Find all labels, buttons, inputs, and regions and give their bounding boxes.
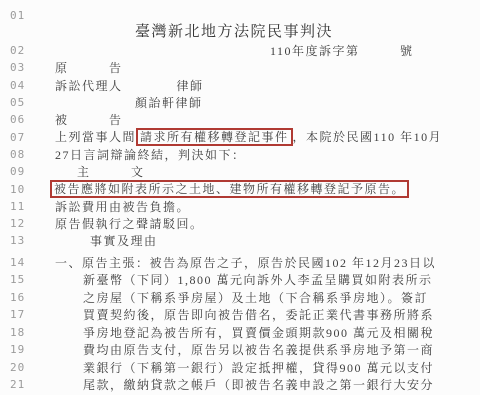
line-text: 被告應將如附表所示之土地、建物所有權移轉登記予原告。 (55, 180, 409, 198)
document-line: 16 之房屋（下稱系爭房屋）及土地（下合稱系爭房地）。簽訂 (0, 289, 480, 307)
case-type-highlight-box: 請求所有權移轉登記事件 (136, 128, 293, 146)
line-number: 08 (10, 148, 40, 161)
document-line: 10 被告應將如附表所示之土地、建物所有權移轉登記予原告。 (0, 180, 480, 197)
line-text: 27日言詞辯論終結，判決如下： (55, 146, 246, 163)
document-line: 05 顏詒軒律師 (0, 94, 480, 111)
line-text: 一、原告主張：被告為原告之子，原告於民國102 年12月23日以 (55, 254, 436, 271)
line-number: 02 (10, 44, 40, 57)
line-number: 18 (10, 326, 40, 339)
line-text: 訴訟費用由被告負擔。 (55, 198, 190, 215)
line-number: 17 (10, 308, 40, 321)
line-number: 13 (10, 234, 40, 247)
page-title: 臺灣新北地方法院民事判決 (55, 20, 333, 42)
line-number: 11 (10, 200, 40, 213)
lawyer-name: 顏詒軒律師 (55, 94, 203, 111)
line-number: 10 (10, 183, 40, 196)
line-text: 費均由原告支付，原告另以被告名義提供系爭房地予第一商 (55, 341, 434, 358)
document-line: 18 爭房地登記為被告所有，買賣價金頭期款900 萬元及相關稅 (0, 324, 480, 342)
line-number: 01 (10, 6, 40, 22)
line-number: 09 (10, 165, 40, 178)
document-line: 02 110年度訴字第 號 (0, 42, 480, 59)
document-line: 13 事實及理由 (0, 232, 480, 249)
document-line: 15 新臺幣（下同）1,800 萬元向訴外人李孟呈購買如附表所示 (0, 271, 480, 289)
line-text: 尾款，繳納貸款之帳戶（即被告名義申設之第一銀行大安分 (55, 376, 434, 393)
line-number: 07 (10, 131, 40, 144)
document-line: 19 費均由原告支付，原告另以被告名義提供系爭房地予第一商 (0, 341, 480, 359)
line-text: 買賣契約後，原告即向被告借名，委託正業代書事務所將系 (55, 306, 434, 323)
document-line: 01 臺灣新北地方法院民事判決 (0, 6, 480, 42)
plaintiff-label: 原 告 (55, 59, 123, 76)
line-number: 16 (10, 291, 40, 304)
document-line: 09 主 文 (0, 163, 480, 180)
document-line: 14 一、原告主張：被告為原告之子，原告於民國102 年12月23日以 (0, 254, 480, 272)
line-number: 05 (10, 96, 40, 109)
line-text: 原告假執行之聲請駁回。 (55, 215, 204, 232)
judgment-document: 01 臺灣新北地方法院民事判決 02 110年度訴字第 號 03 原 告 04 … (0, 0, 480, 394)
line-text: 爭房地登記為被告所有，買賣價金頭期款900 萬元及相關稅 (55, 324, 434, 341)
document-line: 20 業銀行（下稱第一銀行）設定抵押權，貸得900 萬元以支付 (0, 359, 480, 377)
line-text: 上列當事人間請求所有權移轉登記事件，本院於民國110 年10月 (55, 128, 442, 146)
document-line: 04 訴訟代理人 律師 (0, 77, 480, 94)
line-number: 21 (10, 378, 40, 391)
document-line: 12 原告假執行之聲請駁回。 (0, 215, 480, 232)
line-number: 14 (10, 256, 40, 269)
document-line: 06 被 告 (0, 111, 480, 128)
line-number: 15 (10, 273, 40, 286)
line-text: 新臺幣（下同）1,800 萬元向訴外人李孟呈購買如附表所示 (55, 271, 433, 288)
document-line: 11 訴訟費用由被告負擔。 (0, 198, 480, 215)
line-text-pre: 上列當事人間 (55, 130, 136, 144)
line-text-post: ，本院於民國110 年10月 (293, 130, 443, 144)
judgment-main-text-highlight-box: 被告應將如附表所示之土地、建物所有權移轉登記予原告。 (50, 180, 409, 198)
line-number: 19 (10, 343, 40, 356)
line-number: 03 (10, 61, 40, 74)
defendant-label: 被 告 (55, 111, 123, 128)
document-line: 08 27日言詞辯論終結，判決如下： (0, 146, 480, 163)
main-text-heading: 主 文 (55, 163, 145, 180)
document-line: 07 上列當事人間請求所有權移轉登記事件，本院於民國110 年10月 (0, 128, 480, 145)
line-number: 06 (10, 113, 40, 126)
document-line: 21 尾款，繳納貸款之帳戶（即被告名義申設之第一銀行大安分 (0, 376, 480, 394)
line-text: 業銀行（下稱第一銀行）設定抵押權，貸得900 萬元以支付 (55, 359, 434, 376)
line-number: 12 (10, 217, 40, 230)
facts-reasons-heading: 事實及理由 (55, 232, 158, 249)
litigation-agent-label: 訴訟代理人 律師 (55, 77, 204, 94)
document-line: 17 買賣契約後，原告即向被告借名，委託正業代書事務所將系 (0, 306, 480, 324)
line-number: 04 (10, 79, 40, 92)
document-line: 03 原 告 (0, 59, 480, 76)
line-text: 之房屋（下稱系爭房屋）及土地（下合稱系爭房地）。簽訂 (55, 289, 428, 306)
case-number: 110年度訴字第 號 (55, 42, 414, 59)
line-number: 20 (10, 361, 40, 374)
